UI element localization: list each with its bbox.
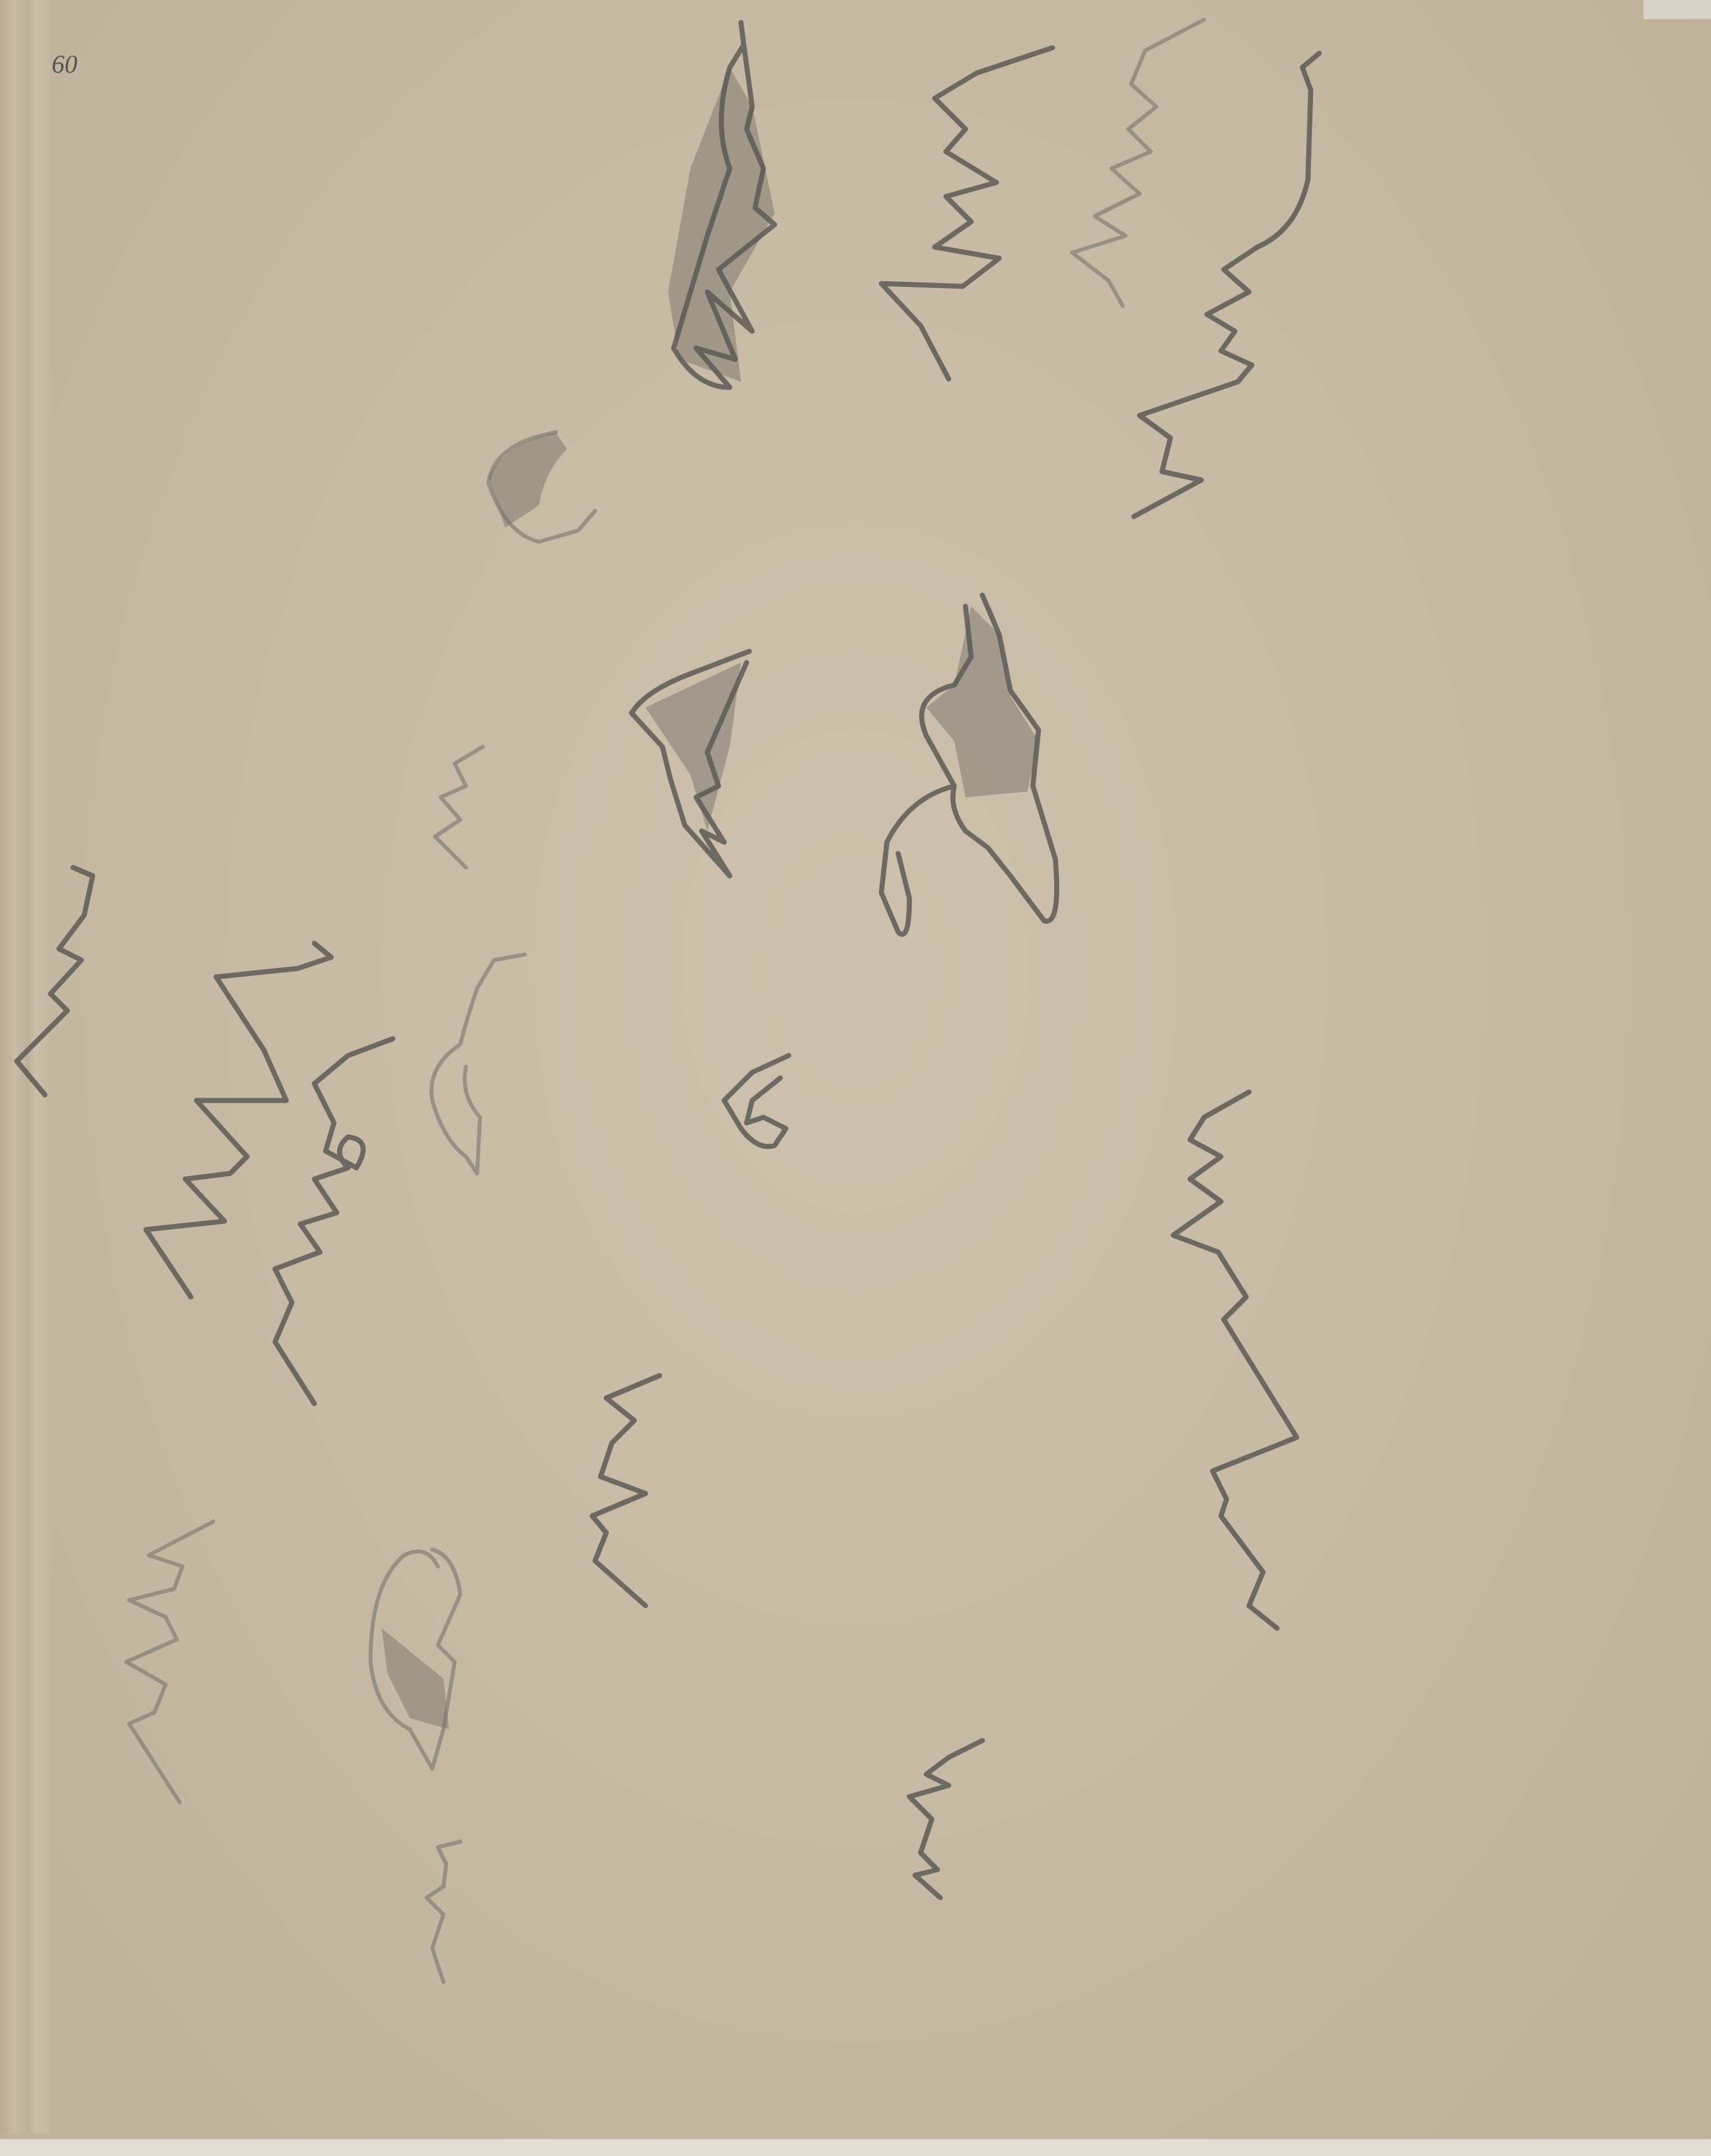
sketchbook-page: 60 — [0, 0, 1711, 2156]
shaded-bird-form — [632, 651, 749, 876]
eye-form — [724, 1056, 789, 1146]
curl-form — [432, 954, 525, 1173]
shaded-bracket — [488, 432, 595, 542]
wavy-line-bottom — [427, 1842, 460, 1982]
small-zigzag-left — [435, 747, 483, 867]
zigzag-right-long — [1173, 1092, 1297, 1628]
zigzag-bottom-left — [126, 1522, 213, 1802]
zigzag-center-bottom — [592, 1376, 660, 1606]
small-zigzag-bottom — [909, 1741, 982, 1898]
shaded-figure-form — [881, 595, 1057, 934]
zigzag-top-right-2 — [1072, 20, 1204, 306]
zigzag-top-right-1 — [881, 48, 1053, 379]
zigzag-left-edge — [17, 867, 93, 1095]
pencil-sketches — [0, 0, 1711, 2156]
shaded-ear-form — [370, 1550, 460, 1769]
shaded-zigzag-top — [668, 22, 775, 387]
zigzag-top-right-3 — [1134, 53, 1319, 517]
zigzag-mid-left-2 — [275, 1039, 393, 1404]
zigzag-mid-left-1 — [146, 943, 331, 1297]
